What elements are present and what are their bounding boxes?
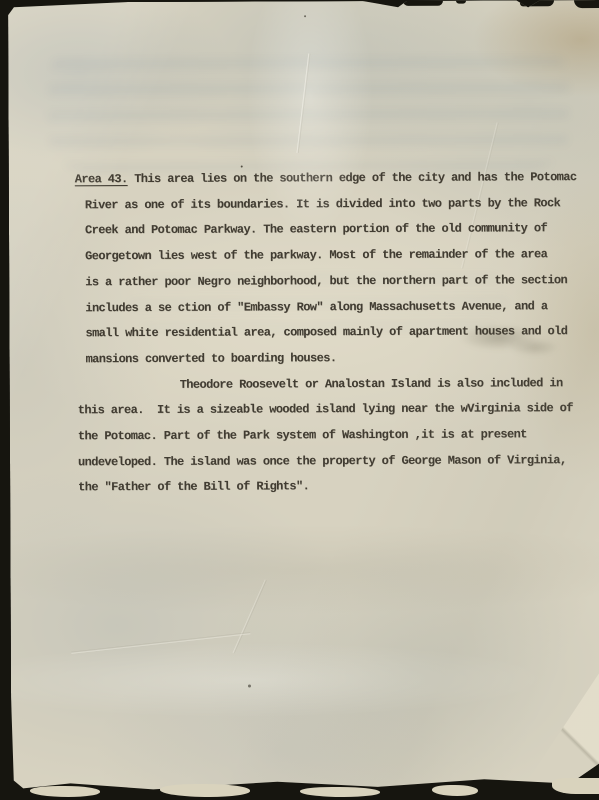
typed-line: River as one of its boundaries. It is di… [75,191,595,219]
document-page: Area 43. This area lies on the southern … [8,0,599,792]
typed-text-block: Area 43. This area lies on the southern … [75,165,596,501]
area-heading: Area 43. [75,172,128,186]
typed-line: the "Father of the Bill of Rights". [76,473,596,501]
typed-line: the Potomac. Part of the Park system of … [76,422,596,450]
folded-corner [512,669,599,779]
ink-speck [304,15,306,17]
typed-line: undeveloped. The island was once the pro… [76,448,596,476]
typed-line: Theodore Roosevelt or Analostan Island i… [76,371,596,399]
typed-line: this area. It is a sizeable wooded islan… [76,396,596,424]
typed-line: includes a se ction of "Embassy Row" alo… [75,294,595,322]
typed-line: Area 43. This area lies on the southern … [75,165,595,193]
typed-line: Creek and Potomac Parkway. The eastern p… [75,216,595,244]
torn-edge-mark [403,1,443,6]
torn-paper-fragment [552,778,599,794]
typed-line: mansions converted to boarding houses. [76,345,596,373]
torn-edge-mark [574,0,599,8]
typed-line: is a rather poor Negro neighborhood, but… [75,268,595,296]
ink-speck [248,685,251,688]
typed-line: Georgetown lies west of the parkway. Mos… [75,242,595,270]
paper-crease [71,632,250,654]
paper-crease [233,580,267,654]
typed-line-text: This area lies on the southern edge of t… [128,170,577,186]
typed-line: small white residential area, composed m… [75,319,595,347]
torn-edge-mark [456,1,466,4]
